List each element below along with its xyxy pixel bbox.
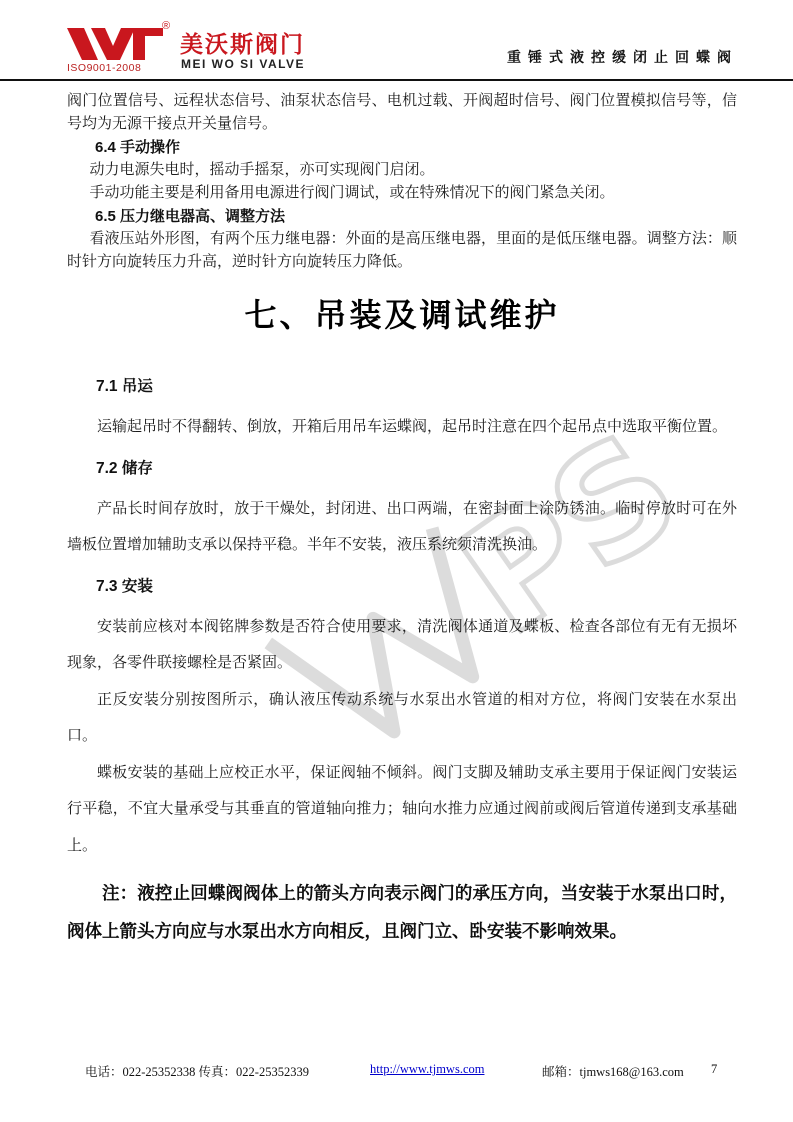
brand-logo-mark — [67, 27, 163, 61]
section-7-3-paragraph-3: 蝶板安装的基础上应校正水平，保证阀轴不倾斜。阀门支脚及辅助支承主要用于保证阀门安… — [67, 755, 737, 865]
page-number: 7 — [711, 1062, 717, 1077]
section-7-3-paragraph-2: 正反安装分别按图所示，确认液压传动系统与水泵出水管道的相对方位，将阀门安装在水泵… — [67, 682, 737, 755]
footer-phone-fax: 电话：022-25352338 传真：022-25352339 — [85, 1062, 309, 1080]
section-6-5-heading: 6.5 压力继电器高、调整方法 — [95, 205, 737, 228]
section-6-4-heading: 6.4 手动操作 — [95, 136, 737, 159]
page-header: ® ISO9001-2008 美沃斯阀门 MEI WO SI VALVE 重锤式… — [0, 0, 793, 81]
section-6-4-paragraph-1: 动力电源失电时，摇动手摇泵，亦可实现阀门启闭。 — [67, 159, 737, 182]
section-7-1-heading: 7.1 吊运 — [96, 376, 737, 398]
footer-website-link[interactable]: http://www.tjmws.com — [370, 1062, 484, 1077]
page-footer: 电话：022-25352338 传真：022-25352339 http://w… — [0, 1062, 793, 1086]
footer-email: 邮箱：tjmws168@163.com — [542, 1062, 684, 1080]
chapter-7-title: 七、吊装及调试维护 — [67, 290, 737, 336]
section-7-2-heading: 7.2 储存 — [96, 458, 737, 480]
section-6-5-paragraph-1: 看液压站外形图，有两个压力继电器：外面的是高压继电器，里面的是低压继电器。调整方… — [67, 228, 737, 274]
registered-trademark-icon: ® — [162, 20, 170, 32]
document-body: 阀门位置信号、远程状态信号、油泵状态信号、电机过载、开阀超时信号、阀门位置模拟信… — [0, 81, 793, 950]
document-title: 重锤式液控缓闭止回蝶阀 — [507, 47, 738, 67]
section-6-4-paragraph-2: 手动功能主要是利用备用电源进行阀门调试，或在特殊情况下的阀门紧急关闭。 — [67, 182, 737, 205]
section-7-3-heading: 7.3 安装 — [96, 576, 737, 598]
brand-name-chinese: 美沃斯阀门 — [180, 26, 305, 59]
section-7-2-paragraph-1: 产品长时间存放时，放于干燥处，封闭进、出口两端，在密封面上涂防锈油。临时停放时可… — [67, 491, 737, 564]
document-page: PS ® ISO9001-2008 美沃斯阀门 MEI WO SI VALVE … — [0, 0, 793, 1122]
section-7-3-paragraph-1: 安装前应核对本阀铭牌参数是否符合使用要求，清洗阀体通道及蝶板、检查各部位有无有无… — [67, 609, 737, 682]
intro-paragraph: 阀门位置信号、远程状态信号、油泵状态信号、电机过载、开阀超时信号、阀门位置模拟信… — [67, 90, 737, 136]
iso-certification-label: ISO9001-2008 — [67, 62, 141, 74]
section-7-1-paragraph-1: 运输起吊时不得翻转、倒放，开箱后用吊车运蝶阀，起吊时注意在四个起吊点中选取平衡位… — [67, 409, 737, 446]
brand-name-english: MEI WO SI VALVE — [181, 57, 305, 71]
installation-note: 注：液控止回蝶阀阀体上的箭头方向表示阀门的承压方向，当安装于水泵出口时，阀体上箭… — [67, 874, 737, 950]
